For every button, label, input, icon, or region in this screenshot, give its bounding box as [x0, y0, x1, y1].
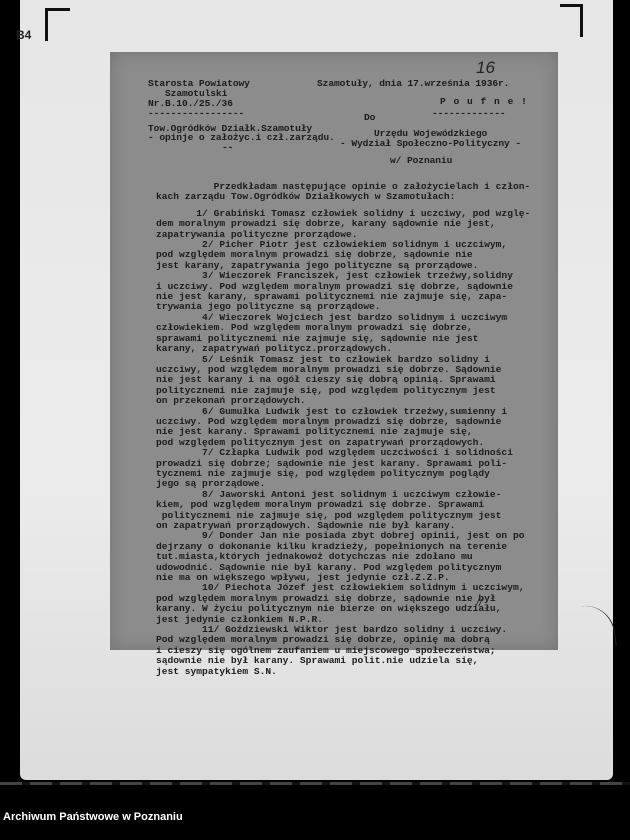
- body-line: karany, zapatrywań politycz.prorządowych…: [156, 344, 556, 354]
- film-edge-strip: [0, 782, 630, 785]
- body-line: on przekonań prorządowych.: [156, 396, 556, 406]
- classification-rule: -------------: [432, 109, 506, 119]
- body-line: 7/ Człapka Ludwik pod względem uczciwośc…: [156, 448, 556, 458]
- corner-mark-top-left-icon: [45, 8, 70, 41]
- subject-line2: - opinje o założyc.i czł.zarządu.: [148, 133, 335, 143]
- recipient-line2: - Wydział Społeczno-Polityczny -: [340, 139, 521, 149]
- frame-label: B4: [16, 28, 31, 42]
- end-mark: //: [476, 597, 482, 609]
- body-line: jest sympatykiem S.N.: [156, 667, 556, 677]
- body-line: kach zarządu Tow.Ogródków Działkowych w …: [156, 192, 556, 202]
- classification: P o u f n e !: [440, 97, 528, 107]
- document-page: 16 Starosta Powiatowy Szamotulski Nr.B.1…: [110, 52, 558, 650]
- corner-mark-top-right-icon: [560, 4, 583, 37]
- sender-rule: -----------------: [148, 109, 244, 119]
- archive-watermark: Archiwum Państwowe w Poznaniu: [3, 811, 183, 823]
- document-body: Przedkładam następujące opinie o założyc…: [156, 182, 556, 677]
- place-date: Szamotuły, dnia 17.września 1936r.: [317, 79, 509, 89]
- recipient-to: Do: [364, 113, 375, 123]
- recipient-line3: w/ Poznaniu: [390, 156, 452, 166]
- subject-rule: --: [222, 143, 233, 153]
- folio-number: 16: [476, 58, 495, 78]
